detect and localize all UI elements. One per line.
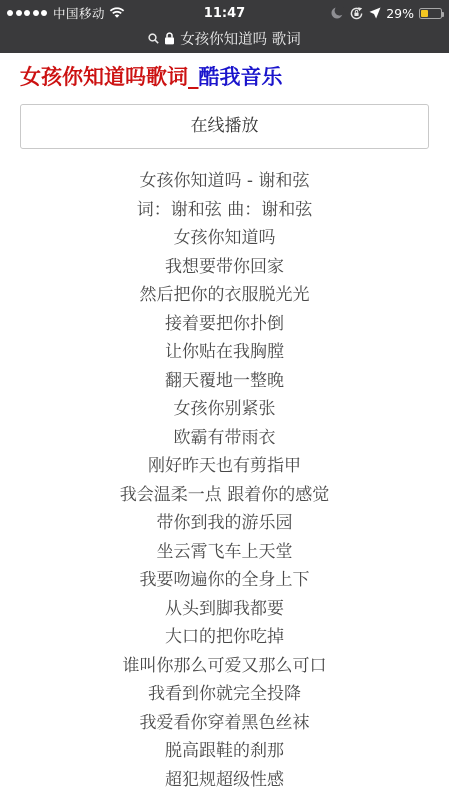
address-bar-text: 女孩你知道吗 歌词 xyxy=(180,28,301,49)
lyric-line: 大口的把你吃掉 xyxy=(0,623,449,652)
moon-icon xyxy=(330,6,344,20)
play-online-button[interactable]: 在线播放 xyxy=(20,104,429,149)
status-left: 中国移动 xyxy=(7,4,125,22)
lyric-line: 谁叫你那么可爱又那么可口 xyxy=(0,652,449,681)
lyric-line: 然后把你的衣服脱光光 xyxy=(0,281,449,310)
search-icon xyxy=(148,33,159,44)
carrier-label: 中国移动 xyxy=(53,4,105,22)
lyric-line: 我看到你就完全投降 xyxy=(0,680,449,709)
page-title-blue: 酷我音乐 xyxy=(199,65,283,89)
signal-dot xyxy=(7,10,13,16)
lyric-line: 我要吻遍你的全身上下 xyxy=(0,566,449,595)
lyric-line: 从头到脚我都要 xyxy=(0,595,449,624)
battery-percent: 29% xyxy=(386,6,414,21)
lyric-line: 我爱看你穿着黑色丝袜 xyxy=(0,709,449,738)
rotation-lock-icon xyxy=(349,6,364,21)
lyrics: 女孩你知道吗 - 谢和弦词：谢和弦 曲：谢和弦女孩你知道吗我想要带你回家然后把你… xyxy=(0,167,449,794)
signal-dot xyxy=(41,10,47,16)
address-bar[interactable]: 女孩你知道吗 歌词 xyxy=(0,23,449,53)
lyric-line: 超犯规超级性感 xyxy=(0,766,449,795)
lyric-line: 词：谢和弦 曲：谢和弦 xyxy=(0,196,449,225)
lyric-line: 欧霸有带雨衣 xyxy=(0,424,449,453)
signal-dot xyxy=(16,10,22,16)
page-title-red: 女孩你知道吗歌词_ xyxy=(20,65,199,89)
wifi-icon xyxy=(109,7,125,19)
page-title[interactable]: 女孩你知道吗歌词_酷我音乐 xyxy=(0,53,449,91)
status-right: 29% xyxy=(330,6,442,21)
battery-icon xyxy=(419,8,442,19)
lyric-line: 带你到我的游乐园 xyxy=(0,509,449,538)
browser-screen: 中国移动 11:47 xyxy=(0,0,449,800)
status-bar: 中国移动 11:47 xyxy=(0,0,449,23)
lyric-line: 让你贴在我胸膛 xyxy=(0,338,449,367)
battery-cap xyxy=(442,12,444,17)
lyric-line: 我想要带你回家 xyxy=(0,253,449,282)
lyric-line: 女孩你知道吗 xyxy=(0,224,449,253)
lyric-line: 女孩你知道吗 - 谢和弦 xyxy=(0,167,449,196)
signal-dots xyxy=(7,10,47,16)
location-arrow-icon xyxy=(369,7,381,19)
browser-header: 中国移动 11:47 xyxy=(0,0,449,53)
signal-dot xyxy=(33,10,39,16)
lyric-line: 接着要把你扑倒 xyxy=(0,310,449,339)
lyric-line: 坐云霄飞车上天堂 xyxy=(0,538,449,567)
lock-icon xyxy=(164,32,175,45)
battery-fill xyxy=(421,10,428,17)
lyric-line: 女孩你别紧张 xyxy=(0,395,449,424)
lyric-line: 翻天覆地一整晚 xyxy=(0,367,449,396)
page-content: 女孩你知道吗歌词_酷我音乐 在线播放 女孩你知道吗 - 谢和弦词：谢和弦 曲：谢… xyxy=(0,53,449,794)
lyric-line: 刚好昨天也有剪指甲 xyxy=(0,452,449,481)
lyric-line: 我会温柔一点 跟着你的感觉 xyxy=(0,481,449,510)
lyric-line: 脱高跟鞋的刹那 xyxy=(0,737,449,766)
signal-dot xyxy=(24,10,30,16)
